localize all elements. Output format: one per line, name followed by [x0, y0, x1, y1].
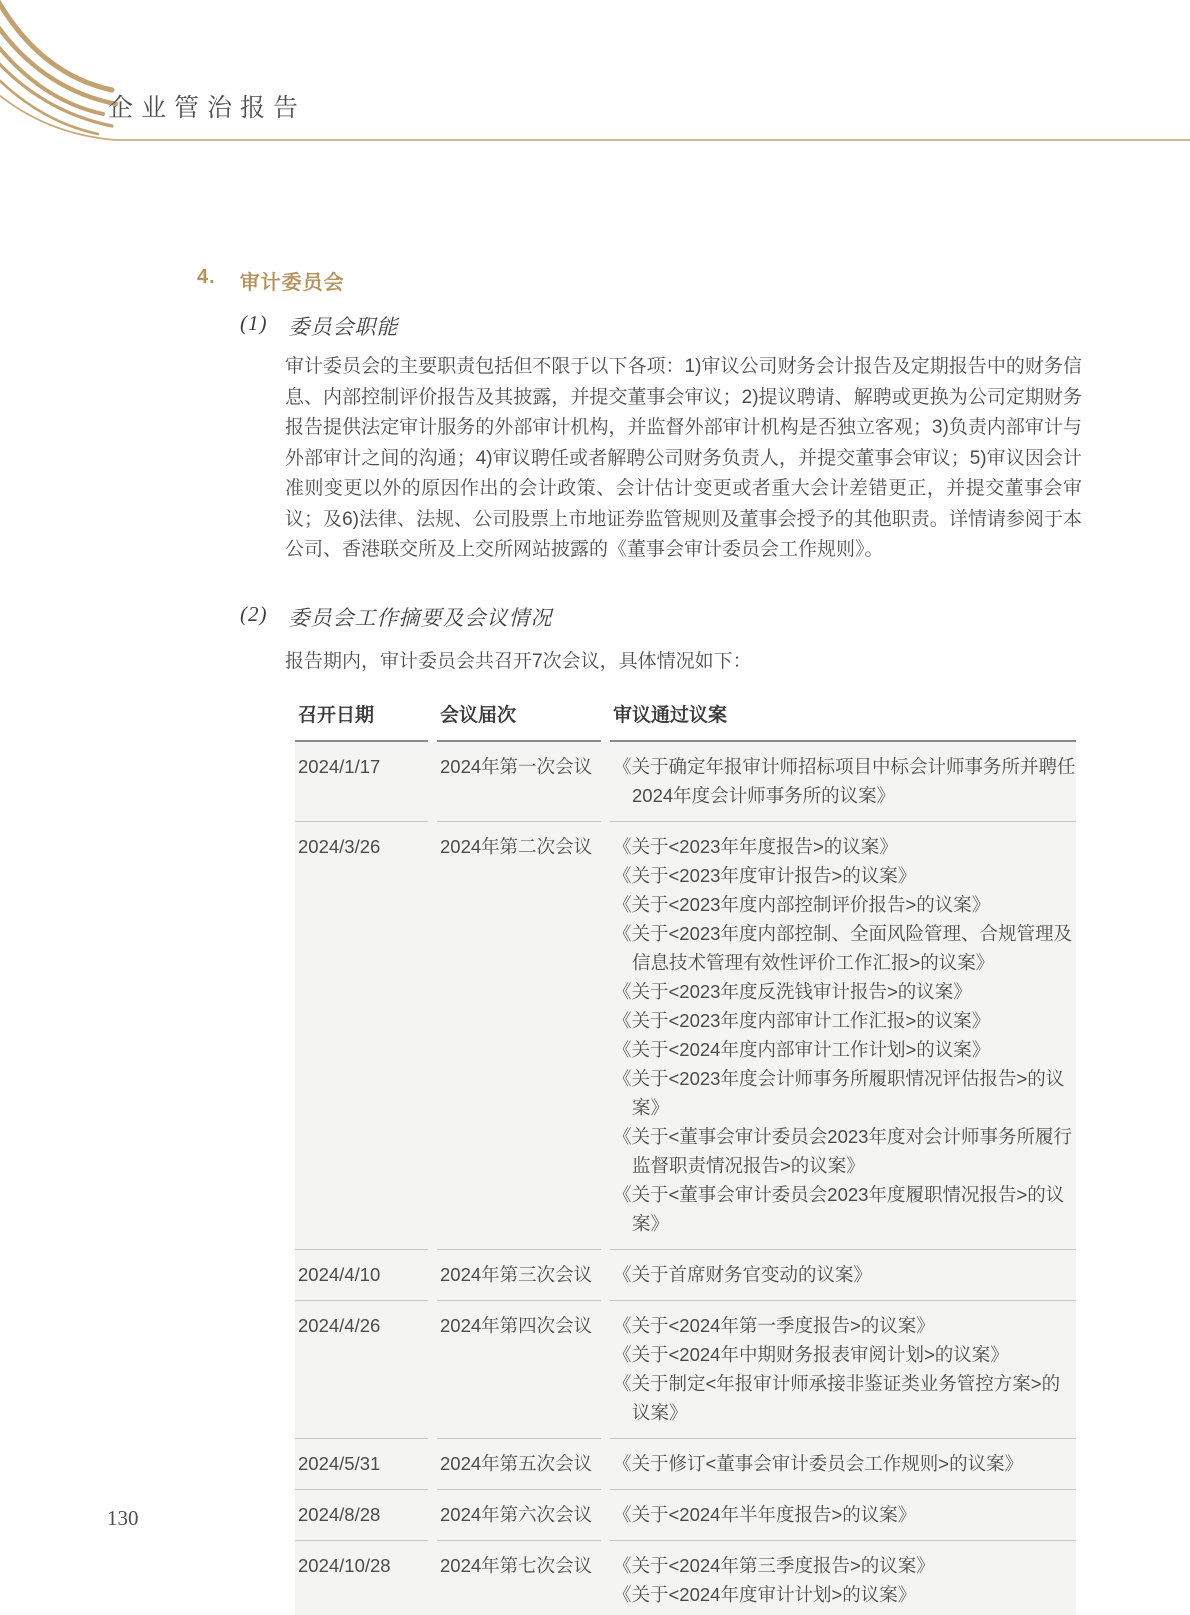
subsection-1-title: 委员会职能	[289, 311, 399, 341]
resolution-item: 《关于<2023年度会计师事务所履职情况评估报告>的议案》	[613, 1064, 1076, 1122]
meeting-session-cell: 2024年第七次会议	[437, 1541, 601, 1615]
resolution-item: 《关于修订<董事会审计委员会工作规则>的议案》	[613, 1449, 1076, 1478]
resolution-item: 《关于<2023年度审计报告>的议案》	[613, 861, 1076, 890]
section-title: 审计委员会	[240, 266, 345, 295]
resolution-item: 《关于<董事会审计委员会2023年度履职情况报告>的议案》	[613, 1180, 1076, 1238]
meeting-session-cell: 2024年第六次会议	[437, 1490, 601, 1541]
column-header-date: 召开日期	[295, 700, 428, 742]
subsection-2-heading: (2) 委员会工作摘要及会议情况	[240, 602, 553, 632]
resolution-item: 《关于首席财务官变动的议案》	[613, 1260, 1076, 1289]
table-row: 2024/8/282024年第六次会议《关于<2024年半年度报告>的议案》	[295, 1490, 1076, 1541]
meeting-date-cell: 2024/4/10	[295, 1250, 428, 1301]
report-page: 企业管治报告 4. 审计委员会 (1) 委员会职能 审计委员会的主要职责包括但不…	[0, 0, 1190, 1615]
page-number: 130	[107, 1506, 139, 1531]
subsection-2-number: (2)	[240, 602, 268, 632]
meeting-session-cell: 2024年第二次会议	[437, 822, 601, 1250]
meeting-resolutions-cell: 《关于<2023年年度报告>的议案》《关于<2023年度审计报告>的议案》《关于…	[610, 822, 1076, 1250]
resolution-item: 《关于确定年报审计师招标项目中标会计师事务所并聘任2024年度会计师事务所的议案…	[613, 752, 1076, 810]
resolution-item: 《关于<2023年度反洗钱审计报告>的议案》	[613, 977, 1076, 1006]
meeting-resolutions-cell: 《关于<2024年半年度报告>的议案》	[610, 1490, 1076, 1541]
table-row: 2024/10/282024年第七次会议《关于<2024年第三季度报告>的议案》…	[295, 1541, 1076, 1615]
resolution-item: 《关于<2023年度内部控制、全面风险管理、合规管理及信息技术管理有效性评价工作…	[613, 919, 1076, 977]
meetings-intro-line: 报告期内，审计委员会共召开7次会议，具体情况如下：	[285, 646, 752, 673]
meeting-date-cell: 2024/4/26	[295, 1301, 428, 1439]
meeting-date-cell: 2024/5/31	[295, 1439, 428, 1490]
resolution-item: 《关于制定<年报审计师承接非鉴证类业务管控方案>的议案》	[613, 1369, 1076, 1427]
meeting-date-cell: 2024/3/26	[295, 822, 428, 1250]
resolution-item: 《关于<董事会审计委员会2023年度对会计师事务所履行监督职责情况报告>的议案》	[613, 1122, 1076, 1180]
resolution-item: 《关于<2024年度内部审计工作计划>的议案》	[613, 1035, 1076, 1064]
gold-swirl-logo-icon	[0, 0, 1190, 150]
resolution-item: 《关于<2023年度内部控制评价报告>的议案》	[613, 890, 1076, 919]
resolution-item: 《关于<2024年中期财务报表审阅计划>的议案》	[613, 1340, 1076, 1369]
meeting-date-cell: 2024/8/28	[295, 1490, 428, 1541]
page-header-title: 企业管治报告	[108, 88, 306, 124]
meetings-table: 召开日期 会议届次 审议通过议案 2024/1/172024年第一次会议《关于确…	[295, 700, 1076, 1615]
subsection-1-number: (1)	[240, 311, 268, 341]
meeting-resolutions-cell: 《关于<2024年第三季度报告>的议案》《关于<2024年度审计计划>的议案》	[610, 1541, 1076, 1615]
meeting-date-cell: 2024/10/28	[295, 1541, 428, 1615]
resolution-item: 《关于<2023年度内部审计工作汇报>的议案》	[613, 1006, 1076, 1035]
meeting-session-cell: 2024年第一次会议	[437, 742, 601, 822]
committee-duties-paragraph: 审计委员会的主要职责包括但不限于以下各项：1)审议公司财务会计报告及定期报告中的…	[285, 352, 1082, 566]
section-heading: 4. 审计委员会	[197, 266, 345, 295]
subsection-1-heading: (1) 委员会职能	[240, 311, 399, 341]
meeting-resolutions-cell: 《关于确定年报审计师招标项目中标会计师事务所并聘任2024年度会计师事务所的议案…	[610, 742, 1076, 822]
table-row: 2024/1/172024年第一次会议《关于确定年报审计师招标项目中标会计师事务…	[295, 742, 1076, 822]
table-row: 2024/4/262024年第四次会议《关于<2024年第一季度报告>的议案》《…	[295, 1301, 1076, 1439]
meeting-session-cell: 2024年第五次会议	[437, 1439, 601, 1490]
meeting-session-cell: 2024年第四次会议	[437, 1301, 601, 1439]
meeting-date-cell: 2024/1/17	[295, 742, 428, 822]
resolution-item: 《关于<2023年年度报告>的议案》	[613, 832, 1076, 861]
meeting-resolutions-cell: 《关于<2024年第一季度报告>的议案》《关于<2024年中期财务报表审阅计划>…	[610, 1301, 1076, 1439]
meeting-resolutions-cell: 《关于修订<董事会审计委员会工作规则>的议案》	[610, 1439, 1076, 1490]
table-row: 2024/4/102024年第三次会议《关于首席财务官变动的议案》	[295, 1250, 1076, 1301]
meeting-resolutions-cell: 《关于首席财务官变动的议案》	[610, 1250, 1076, 1301]
resolution-item: 《关于<2024年度审计计划>的议案》	[613, 1580, 1076, 1609]
meeting-session-cell: 2024年第三次会议	[437, 1250, 601, 1301]
column-header-resolutions: 审议通过议案	[610, 700, 1076, 742]
meetings-table-header: 召开日期 会议届次 审议通过议案	[295, 700, 1076, 742]
column-header-session: 会议届次	[437, 700, 601, 742]
meetings-table-body: 2024/1/172024年第一次会议《关于确定年报审计师招标项目中标会计师事务…	[295, 742, 1076, 1615]
table-row: 2024/5/312024年第五次会议《关于修订<董事会审计委员会工作规则>的议…	[295, 1439, 1076, 1490]
subsection-2-title: 委员会工作摘要及会议情况	[289, 602, 553, 632]
resolution-item: 《关于<2024年第三季度报告>的议案》	[613, 1551, 1076, 1580]
resolution-item: 《关于<2024年第一季度报告>的议案》	[613, 1311, 1076, 1340]
section-number: 4.	[197, 266, 216, 295]
table-row: 2024/3/262024年第二次会议《关于<2023年年度报告>的议案》《关于…	[295, 822, 1076, 1250]
resolution-item: 《关于<2024年半年度报告>的议案》	[613, 1500, 1076, 1529]
